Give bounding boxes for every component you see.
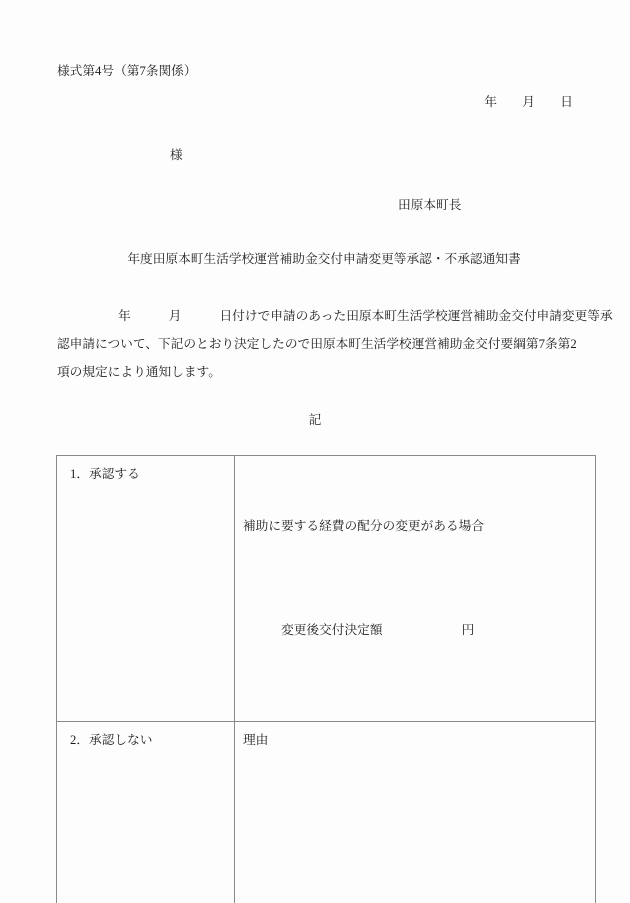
body-paragraph: 年 月 日付けで申請のあった田原本町生活学校運営補助金交付申請変更等承 認申請に… (57, 302, 577, 386)
approve-amount-line: 変更後交付決定額円 (243, 591, 587, 669)
approve-condition-text: 補助に要する経費の配分の変更がある場合 (243, 513, 587, 539)
form-number: 様式第4号（第7条関係） (57, 62, 197, 80)
sender-title: 田原本町長 (398, 196, 461, 214)
amount-unit: 円 (462, 623, 475, 637)
document-page: 様式第4号（第7条関係） 年 月 日 様 田原本町長 年度田原本町生活学校運営補… (0, 0, 630, 903)
row-disapprove-label: 2．承認しない (57, 722, 235, 903)
row-approve-label: 1．承認する (57, 456, 235, 722)
row-approve-content: 補助に要する経費の配分の変更がある場合 変更後交付決定額円 (235, 456, 596, 722)
amount-label: 変更後交付決定額 (281, 623, 383, 637)
addressee-suffix: 様 (170, 146, 183, 164)
row-disapprove-reason-label: 理由 (235, 722, 596, 903)
body-line-3: 項の規定により通知します。 (57, 358, 577, 386)
body-line-2: 認申請について、下記のとおり決定したので田原本町生活学校運営補助金交付要綱第7条… (57, 330, 577, 358)
date-blank-line: 年 月 日 (484, 93, 573, 111)
table-row-approve: 1．承認する 補助に要する経費の配分の変更がある場合 変更後交付決定額円 (57, 456, 596, 722)
document-title: 年度田原本町生活学校運営補助金交付申請変更等承認・不承認通知書 (0, 250, 630, 268)
table-row-disapprove: 2．承認しない 理由 (57, 722, 596, 903)
record-marker: 記 (0, 411, 630, 429)
approval-table: 1．承認する 補助に要する経費の配分の変更がある場合 変更後交付決定額円 2．承… (56, 455, 596, 903)
body-line-1: 年 月 日付けで申請のあった田原本町生活学校運営補助金交付申請変更等承 (57, 302, 577, 330)
